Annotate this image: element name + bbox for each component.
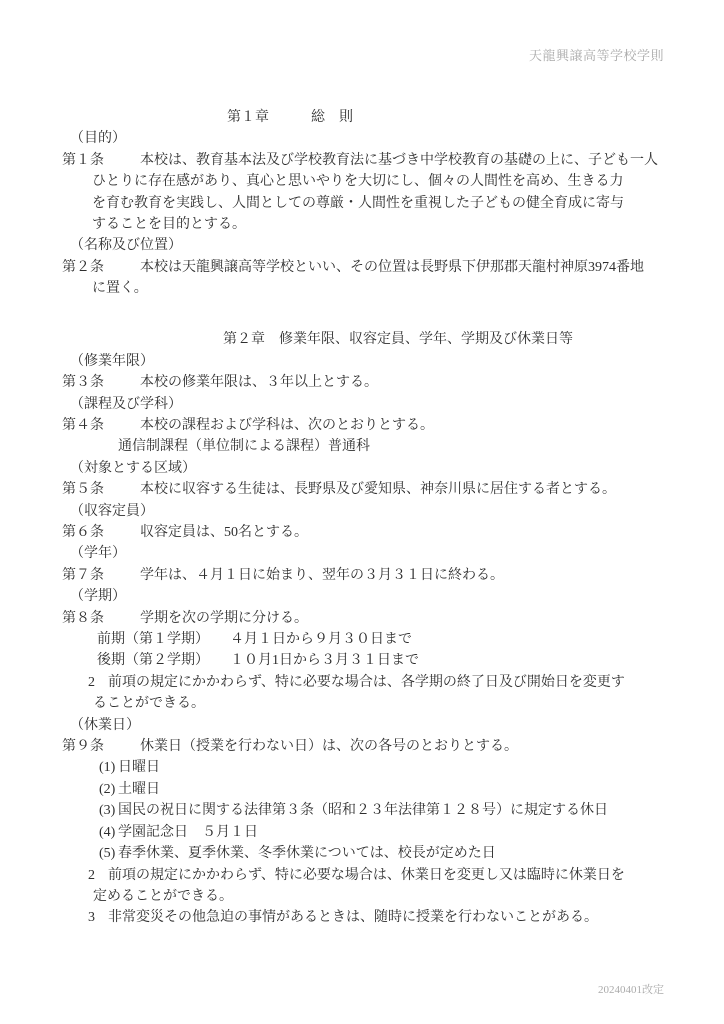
article-6-text-1: 収容定員は、50名とする。 (140, 525, 308, 540)
article-3-text-1: 本校の修業年限は、３年以上とする。 (140, 375, 378, 390)
article-5-number: 第５条 (62, 479, 140, 500)
article-9-item-3: (3)国民の祝日に関する法律第３条（昭和２３年法律第１２８号）に規定する休日 (0, 800, 724, 821)
article-1-line-4: することを目的とする。 (0, 214, 724, 235)
article-9-item-4-text: 学園記念日 ５月１日 (118, 825, 258, 840)
section-label-name-location: （名称及び位置） (0, 235, 724, 256)
chapter-1-heading: 第１章 総 則 (0, 107, 724, 128)
article-9-item-3-text: 国民の祝日に関する法律第３条（昭和２３年法律第１２８号）に規定する休日 (118, 803, 608, 818)
article-5-text-1: 本校に収容する生徒は、長野県及び愛知県、神奈川県に居住する者とする。 (140, 482, 616, 497)
article-3-number: 第３条 (62, 372, 140, 393)
article-2-text-1: 本校は天龍興譲高等学校といい、その位置は長野県下伊那郡天龍村神原3974番地 (140, 260, 644, 275)
article-6-line-1: 第６条収容定員は、50名とする。 (0, 522, 724, 543)
article-8-para-2-number: 2 (88, 672, 108, 693)
article-8-line-1: 第８条学期を次の学期に分ける。 (0, 608, 724, 629)
article-2-line-1: 第２条本校は天龍興譲高等学校といい、その位置は長野県下伊那郡天龍村神原3974番… (0, 257, 724, 278)
article-9-para-2-number: 2 (88, 865, 108, 886)
article-4-number: 第４条 (62, 415, 140, 436)
article-8-number: 第８条 (62, 608, 140, 629)
article-9-number: 第９条 (62, 736, 140, 757)
article-9-text-1: 休業日（授業を行わない日）は、次の各号のとおりとする。 (140, 739, 518, 754)
section-label-course: （課程及び学科） (0, 394, 724, 415)
page-footer-revision: 20240401改定 (598, 981, 664, 997)
article-8-first-term-line: 前期（第１学期） ４月１日から９月３０日まで (0, 629, 724, 650)
section-label-holiday: （休業日） (0, 715, 724, 736)
section-label-area: （対象とする区域） (0, 458, 724, 479)
section-label-purpose: （目的） (0, 128, 724, 149)
document-body: 第１章 総 則 （目的） 第１条本校は、教育基本法及び学校教育法に基づき中学校教… (0, 0, 724, 929)
article-3-line-1: 第３条本校の修業年限は、３年以上とする。 (0, 372, 724, 393)
article-2-line-2: に置く。 (0, 278, 724, 299)
article-2-number: 第２条 (62, 257, 140, 278)
article-9-item-4-number: (4) (99, 822, 118, 843)
article-1-number: 第１条 (62, 150, 140, 171)
article-7-line-1: 第７条学年は、４月１日に始まり、翌年の３月３１日に終わる。 (0, 565, 724, 586)
article-9-item-1-text: 日曜日 (118, 760, 160, 775)
article-1-text-1: 本校は、教育基本法及び学校教育法に基づき中学校教育の基礎の上に、子ども一人 (140, 153, 658, 168)
article-1-line-1: 第１条本校は、教育基本法及び学校教育法に基づき中学校教育の基礎の上に、子ども一人 (0, 150, 724, 171)
article-9-para-2-line-1: 2前項の規定にかかわらず、特に必要な場合は、休業日を変更し又は臨時に休業日を (0, 865, 724, 886)
article-8-para-2-line-2: ることができる。 (0, 693, 724, 714)
spacer-before-chapter-2 (0, 300, 724, 330)
article-4-course-line: 通信制課程（単位制による課程）普通科 (0, 436, 724, 457)
article-9-item-2-number: (2) (99, 779, 118, 800)
article-4-text-1: 本校の課程および学科は、次のとおりとする。 (140, 418, 434, 433)
article-9-item-3-number: (3) (99, 800, 118, 821)
section-label-semester: （学期） (0, 586, 724, 607)
article-9-item-2: (2)土曜日 (0, 779, 724, 800)
article-9-item-5: (5)春季休業、夏季休業、冬季休業については、校長が定めた日 (0, 843, 724, 864)
chapter-2-heading: 第２章 修業年限、収容定員、学年、学期及び休業日等 (0, 329, 724, 350)
article-5-line-1: 第５条本校に収容する生徒は、長野県及び愛知県、神奈川県に居住する者とする。 (0, 479, 724, 500)
article-9-para-3-text-1: 非常変災その他急迫の事情があるときは、随時に授業を行わないことがある。 (108, 910, 598, 925)
document-page: 天龍興譲高等学校学則 第１章 総 則 （目的） 第１条本校は、教育基本法及び学校… (0, 0, 724, 1024)
article-9-para-3-number: 3 (88, 907, 108, 928)
section-label-term: （修業年限） (0, 351, 724, 372)
article-9-para-2-text-1: 前項の規定にかかわらず、特に必要な場合は、休業日を変更し又は臨時に休業日を (108, 868, 625, 883)
section-label-capacity: （収容定員） (0, 501, 724, 522)
article-7-text-1: 学年は、４月１日に始まり、翌年の３月３１日に終わる。 (140, 568, 504, 583)
article-8-para-2-line-1: 2前項の規定にかかわらず、特に必要な場合は、各学期の終了日及び開始日を変更す (0, 672, 724, 693)
article-9-item-5-number: (5) (99, 843, 118, 864)
article-8-para-2-text-1: 前項の規定にかかわらず、特に必要な場合は、各学期の終了日及び開始日を変更す (108, 675, 625, 690)
article-8-second-term-line: 後期（第２学期） １０月1日から３月３１日まで (0, 650, 724, 671)
article-4-line-1: 第４条本校の課程および学科は、次のとおりとする。 (0, 415, 724, 436)
article-1-line-2: ひとりに存在感があり、真心と思いやりを大切にし、個々の人間性を高め、生きる力 (0, 171, 724, 192)
article-8-text-1: 学期を次の学期に分ける。 (140, 611, 308, 626)
article-1-line-3: を育む教育を実践し、人間としての尊厳・人間性を重視した子どもの健全育成に寄与 (0, 193, 724, 214)
article-9-item-2-text: 土曜日 (118, 782, 160, 797)
article-9-item-1: (1)日曜日 (0, 757, 724, 778)
article-9-item-4: (4)学園記念日 ５月１日 (0, 822, 724, 843)
section-label-year: （学年） (0, 543, 724, 564)
article-9-item-1-number: (1) (99, 757, 118, 778)
article-6-number: 第６条 (62, 522, 140, 543)
article-9-para-3-line-1: 3非常変災その他急迫の事情があるときは、随時に授業を行わないことがある。 (0, 907, 724, 928)
article-9-line-1: 第９条休業日（授業を行わない日）は、次の各号のとおりとする。 (0, 736, 724, 757)
article-7-number: 第７条 (62, 565, 140, 586)
article-9-para-2-line-2: 定めることができる。 (0, 886, 724, 907)
article-9-item-5-text: 春季休業、夏季休業、冬季休業については、校長が定めた日 (118, 846, 496, 861)
